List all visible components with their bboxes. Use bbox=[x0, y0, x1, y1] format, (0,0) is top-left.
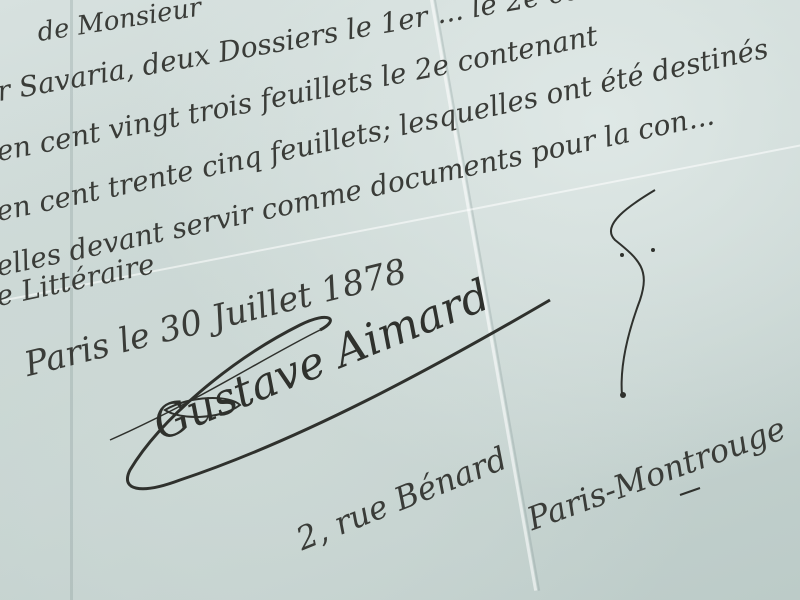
letter-photo: de Monsieur r Savaria, deux Dossiers le … bbox=[0, 0, 800, 600]
